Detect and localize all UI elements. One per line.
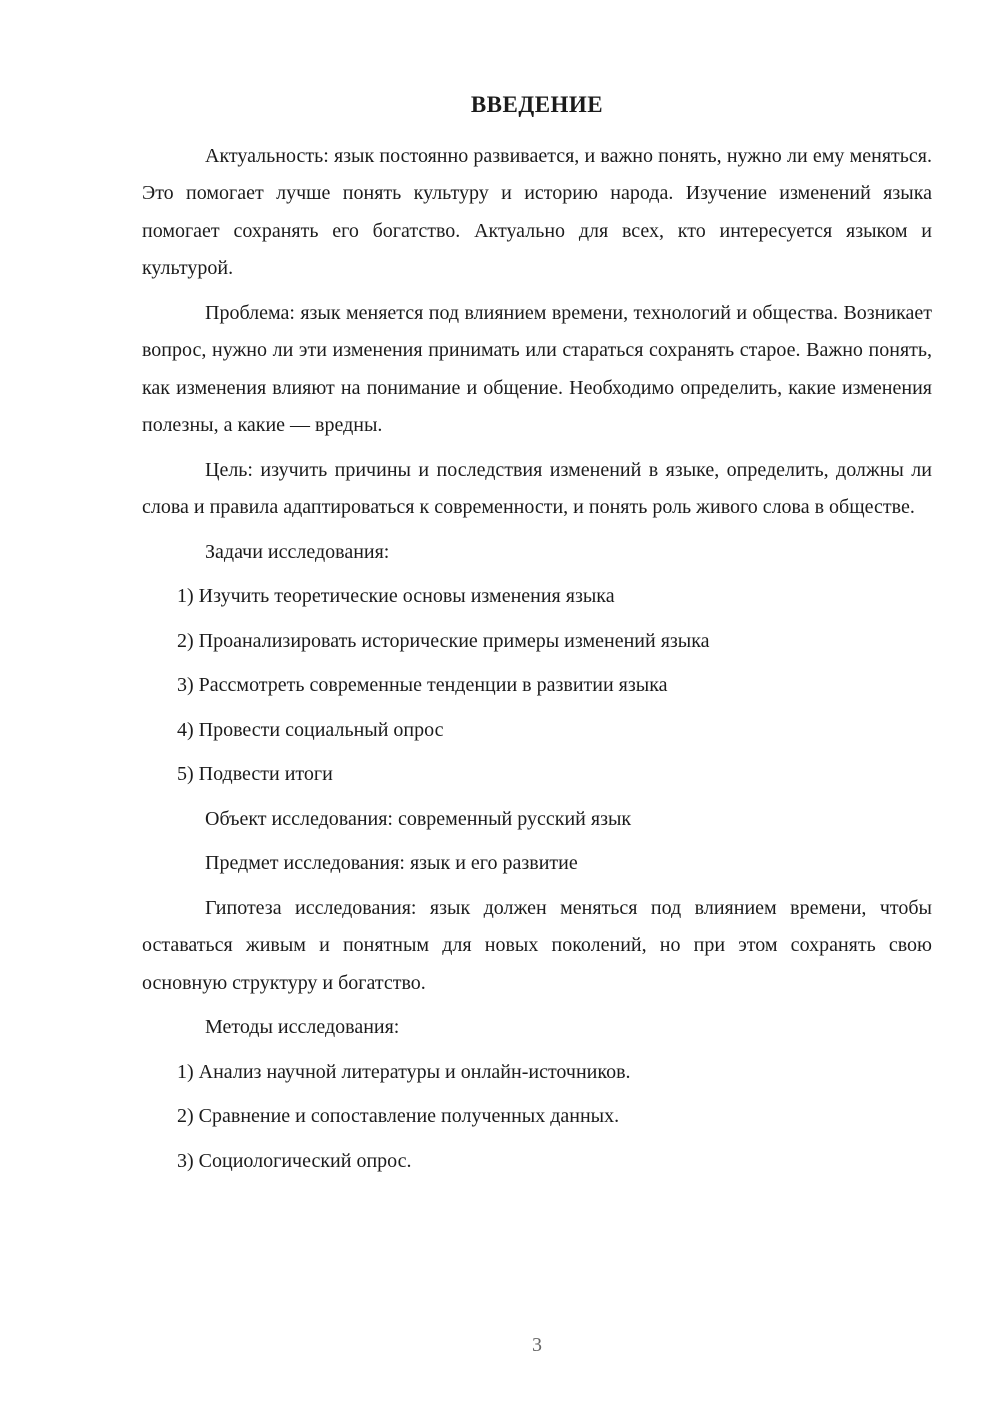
paragraph-object: Объект исследования: современный русский… (142, 801, 932, 839)
methods-list: 1) Анализ научной литературы и онлайн-ис… (142, 1054, 932, 1181)
method-item-1: 1) Анализ научной литературы и онлайн-ис… (142, 1054, 932, 1092)
task-item-3: 3) Рассмотреть современные тенденции в р… (142, 667, 932, 705)
task-item-4: 4) Провести социальный опрос (142, 712, 932, 750)
method-item-2: 2) Сравнение и сопоставление полученных … (142, 1098, 932, 1136)
task-item-2: 2) Проанализировать исторические примеры… (142, 623, 932, 661)
document-page: ВВЕДЕНИЕ Актуальность: язык постоянно ра… (0, 0, 1000, 1414)
task-item-1: 1) Изучить теоретические основы изменени… (142, 578, 932, 616)
paragraph-problem: Проблема: язык меняется под влиянием вре… (142, 295, 932, 445)
task-item-5: 5) Подвести итоги (142, 756, 932, 794)
tasks-list: 1) Изучить теоретические основы изменени… (142, 578, 932, 794)
tasks-heading: Задачи исследования: (142, 534, 932, 572)
methods-heading: Методы исследования: (142, 1009, 932, 1047)
paragraph-actuality: Актуальность: язык постоянно развивается… (142, 138, 932, 288)
page-content: ВВЕДЕНИЕ Актуальность: язык постоянно ра… (142, 86, 932, 1187)
page-number: 3 (142, 1334, 932, 1357)
method-item-3: 3) Социологический опрос. (142, 1143, 932, 1181)
page-title: ВВЕДЕНИЕ (142, 86, 932, 124)
paragraph-hypothesis: Гипотеза исследования: язык должен менят… (142, 890, 932, 1003)
paragraph-subject: Предмет исследования: язык и его развити… (142, 845, 932, 883)
paragraph-goal: Цель: изучить причины и последствия изме… (142, 452, 932, 527)
